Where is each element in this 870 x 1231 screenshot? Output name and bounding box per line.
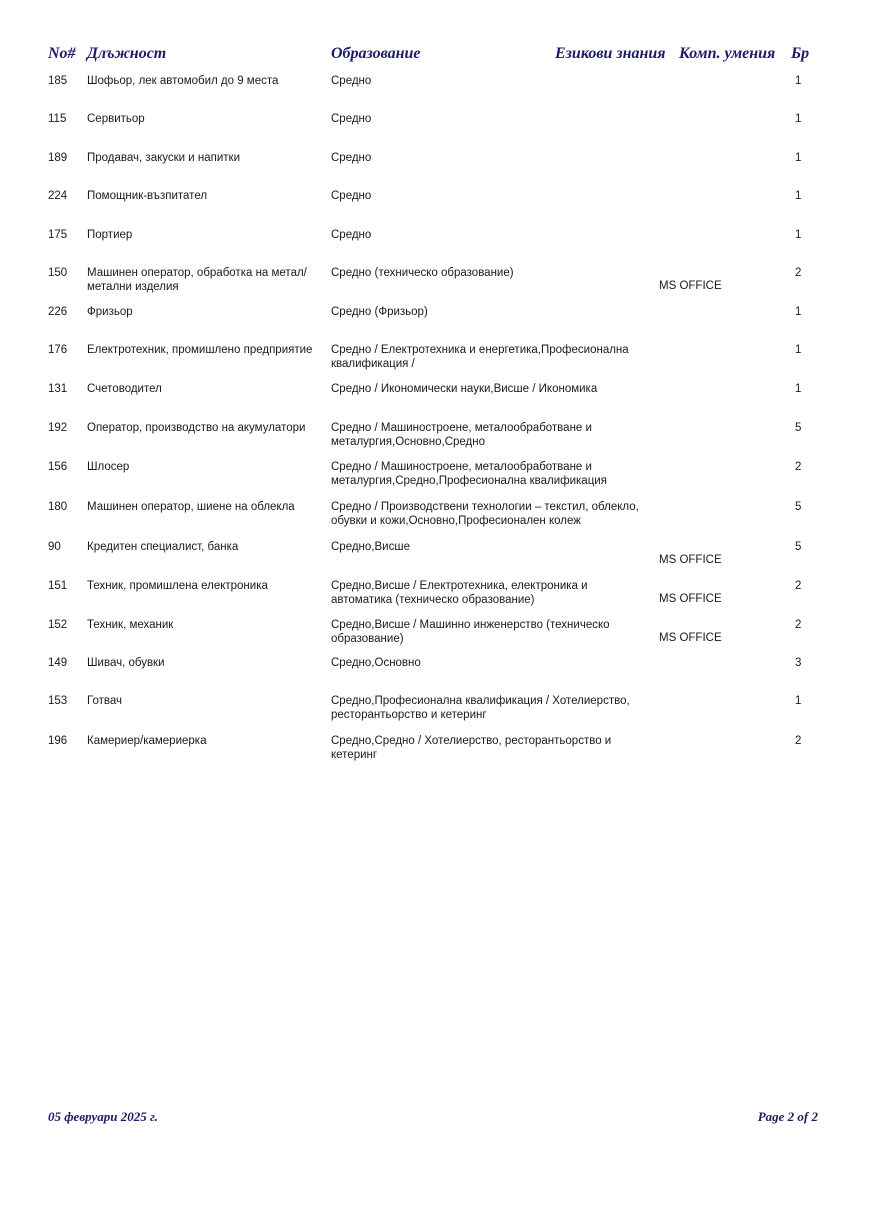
- row-education: Средно / Машиностроене, металообработван…: [331, 422, 651, 449]
- row-education: Средно (техническо образование): [331, 267, 651, 281]
- row-position: Шлосер: [87, 461, 327, 475]
- row-number: 151: [48, 580, 67, 594]
- row-education: Средно / Машиностроене, металообработван…: [331, 461, 651, 488]
- row-computer-skills: MS OFFICE: [659, 280, 722, 294]
- row-count: 2: [795, 619, 801, 633]
- row-education: Средно: [331, 113, 651, 127]
- row-count: 1: [795, 383, 801, 397]
- row-education: Средно,Висше / Машинно инженерство (техн…: [331, 619, 651, 646]
- row-education: Средно: [331, 75, 651, 89]
- row-position: Оператор, производство на акумулатори: [87, 422, 327, 436]
- row-number: 149: [48, 657, 67, 671]
- row-education: Средно: [331, 152, 651, 166]
- row-count: 1: [795, 152, 801, 166]
- row-count: 5: [795, 501, 801, 515]
- footer-date: 05 февруари 2025 г.: [48, 1109, 158, 1125]
- row-education: Средно,Висше / Електротехника, електрони…: [331, 580, 651, 607]
- row-count: 3: [795, 657, 801, 671]
- header-languages: Езикови знания: [555, 45, 666, 63]
- row-count: 1: [795, 190, 801, 204]
- row-position: Продавач, закуски и напитки: [87, 152, 327, 166]
- row-count: 1: [795, 344, 801, 358]
- row-number: 196: [48, 735, 67, 749]
- row-position: Счетоводител: [87, 383, 327, 397]
- row-count: 1: [795, 75, 801, 89]
- row-education: Средно,Висше: [331, 541, 651, 555]
- row-position: Машинен оператор, обработка на метал/мет…: [87, 267, 327, 294]
- row-education: Средно / Електротехника и енергетика,Про…: [331, 344, 651, 371]
- row-position: Техник, механик: [87, 619, 327, 633]
- row-number: 224: [48, 190, 67, 204]
- header-count: Бр: [791, 45, 809, 63]
- row-number: 185: [48, 75, 67, 89]
- row-position: Сервитьор: [87, 113, 327, 127]
- header-no: No#: [48, 45, 76, 63]
- row-education: Средно / Икономически науки,Висше / Икон…: [331, 383, 651, 397]
- row-number: 90: [48, 541, 61, 555]
- row-count: 2: [795, 461, 801, 475]
- row-number: 189: [48, 152, 67, 166]
- row-education: Средно,Професионална квалификация / Хоте…: [331, 695, 651, 722]
- row-position: Кредитен специалист, банка: [87, 541, 327, 555]
- row-count: 1: [795, 695, 801, 709]
- row-count: 5: [795, 541, 801, 555]
- row-position: Машинен оператор, шиене на облекла: [87, 501, 327, 515]
- row-position: Готвач: [87, 695, 327, 709]
- row-number: 176: [48, 344, 67, 358]
- row-count: 2: [795, 735, 801, 749]
- row-position: Електротехник, промишлено предприятие: [87, 344, 327, 358]
- row-position: Фризьор: [87, 306, 327, 320]
- row-computer-skills: MS OFFICE: [659, 632, 722, 646]
- row-position: Шофьор, лек автомобил до 9 места: [87, 75, 327, 89]
- row-position: Шивач, обувки: [87, 657, 327, 671]
- row-education: Средно / Производствени технологии – тек…: [331, 501, 651, 528]
- row-position: Камериер/камериерка: [87, 735, 327, 749]
- header-education: Образование: [331, 45, 421, 63]
- row-education: Средно (Фризьор): [331, 306, 651, 320]
- row-count: 1: [795, 229, 801, 243]
- row-count: 2: [795, 580, 801, 594]
- row-number: 192: [48, 422, 67, 436]
- header-computer-skills: Комп. умения: [679, 45, 775, 63]
- row-number: 226: [48, 306, 67, 320]
- row-count: 1: [795, 113, 801, 127]
- row-education: Средно,Средно / Хотелиерство, ресторанть…: [331, 735, 651, 762]
- row-number: 150: [48, 267, 67, 281]
- row-education: Средно,Основно: [331, 657, 651, 671]
- row-education: Средно: [331, 229, 651, 243]
- row-position: Помощник-възпитател: [87, 190, 327, 204]
- row-computer-skills: MS OFFICE: [659, 554, 722, 568]
- row-number: 180: [48, 501, 67, 515]
- row-count: 2: [795, 267, 801, 281]
- row-education: Средно: [331, 190, 651, 204]
- header-position: Длъжност: [87, 45, 166, 63]
- row-number: 156: [48, 461, 67, 475]
- row-number: 175: [48, 229, 67, 243]
- row-number: 115: [48, 113, 66, 127]
- row-number: 131: [48, 383, 67, 397]
- row-computer-skills: MS OFFICE: [659, 593, 722, 607]
- row-count: 1: [795, 306, 801, 320]
- row-position: Портиер: [87, 229, 327, 243]
- row-count: 5: [795, 422, 801, 436]
- row-number: 152: [48, 619, 67, 633]
- row-position: Техник, промишлена електроника: [87, 580, 327, 594]
- footer-page-number: Page 2 of 2: [758, 1109, 818, 1125]
- row-number: 153: [48, 695, 67, 709]
